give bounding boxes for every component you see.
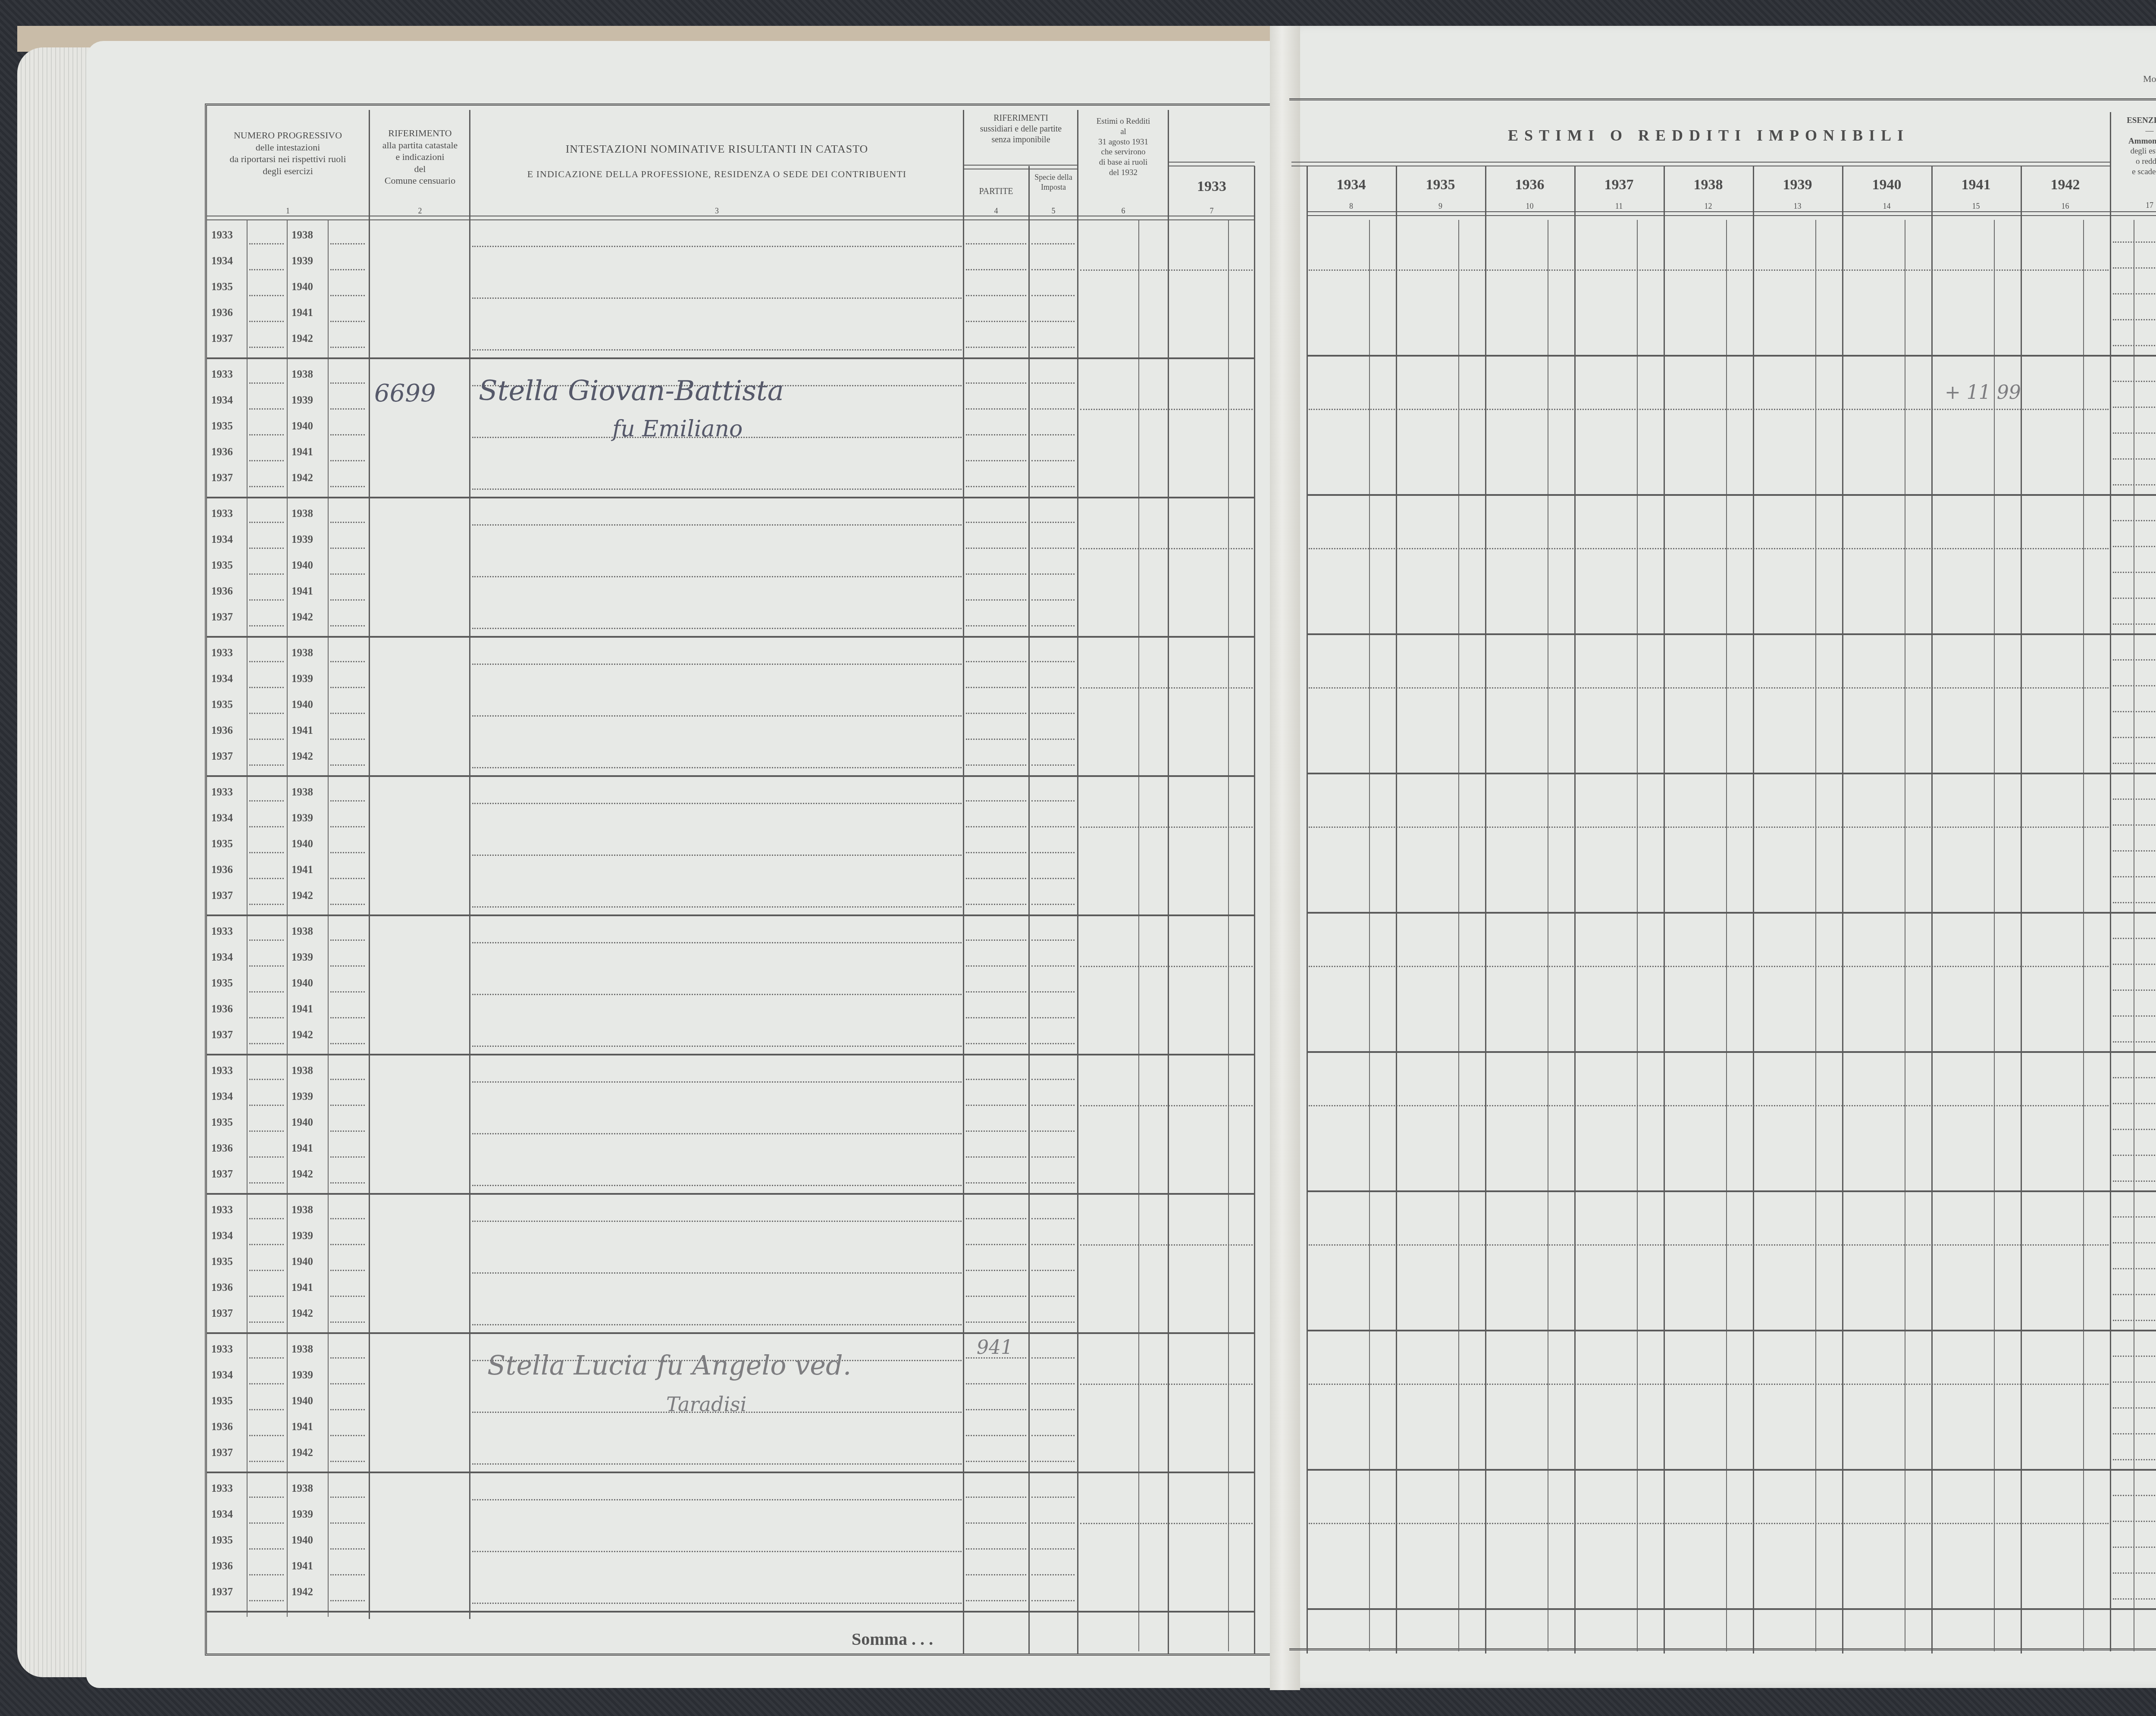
dotted-entry-line <box>2113 319 2156 320</box>
col6-line5: di base ai ruoli <box>1078 157 1169 168</box>
dotted-entry-line <box>249 939 284 941</box>
col2-number: 2 <box>370 206 470 216</box>
row-year-right: 1938 <box>291 1483 313 1495</box>
dotted-entry-line <box>2113 1547 2156 1548</box>
dotted-entry-line <box>249 764 284 766</box>
col-number-8: 8 <box>1307 201 1396 211</box>
name-line <box>472 942 962 943</box>
row-year-right: 1939 <box>291 673 313 685</box>
row-year-right: 1939 <box>291 1091 313 1103</box>
dotted-entry-line <box>1031 599 1075 601</box>
dotted-entry-line <box>1031 739 1075 740</box>
col45-header: RIFERIMENTI sussidiari e delle partite s… <box>964 113 1078 145</box>
amount-line <box>1080 827 1253 828</box>
col-number-15: 15 <box>1931 201 2021 211</box>
row-year-right: 1940 <box>291 420 313 432</box>
name-line <box>472 488 962 490</box>
col-number-14: 14 <box>1842 201 1931 211</box>
col2-line1: alla partita catastale <box>370 139 470 151</box>
col-number-10: 10 <box>1485 201 1574 211</box>
row-year-left: 1936 <box>211 446 233 458</box>
dotted-entry-line <box>966 904 1026 905</box>
col5-number: 5 <box>1030 206 1077 216</box>
dotted-entry-line <box>249 486 284 487</box>
entry-2-name-line2: fu Emiliano <box>612 416 743 442</box>
dotted-entry-line <box>249 826 284 827</box>
name-line <box>472 1046 962 1047</box>
row-year-right: 1939 <box>291 952 313 964</box>
col1-sub-divider-1 <box>247 220 248 1617</box>
dotted-entry-line <box>1031 1383 1075 1384</box>
dotted-entry-line <box>2113 598 2156 599</box>
dotted-entry-line <box>249 852 284 853</box>
amount-line <box>1309 548 2109 549</box>
col17-line1: Ammontare <box>2111 136 2156 147</box>
amount-line <box>1080 687 1253 689</box>
dotted-entry-line <box>2113 484 2156 485</box>
row-year-left: 1933 <box>211 1483 233 1495</box>
col45-line1: sussidiari e delle partite <box>964 124 1078 135</box>
row-year-right: 1940 <box>291 281 313 293</box>
dotted-entry-line <box>2113 1103 2156 1104</box>
year-header-1934: 1934 <box>1307 176 1396 194</box>
dotted-entry-line <box>1031 1130 1075 1132</box>
cents-divider <box>1905 220 1905 1651</box>
year-header-1936: 1936 <box>1485 176 1574 194</box>
group-divider-left <box>207 1054 1255 1055</box>
dotted-entry-line <box>1031 1296 1075 1297</box>
dotted-entry-line <box>1031 1522 1075 1524</box>
row-year-left: 1937 <box>211 611 233 623</box>
row-year-right: 1942 <box>291 472 313 484</box>
header-divider-right <box>1307 211 2156 216</box>
form-model-label: Mod. 111 - Imposte Dirette (Intercalare)… <box>2143 73 2156 85</box>
row-year-right: 1940 <box>291 1117 313 1129</box>
row-year-left: 1935 <box>211 281 233 293</box>
col6-line2: al <box>1078 127 1169 137</box>
dotted-entry-line <box>1031 991 1075 993</box>
col3-col4-divider <box>963 110 964 1653</box>
dotted-entry-line <box>966 713 1026 714</box>
row-year-left: 1934 <box>211 812 233 824</box>
dotted-entry-line <box>2113 623 2156 625</box>
dotted-entry-line <box>2113 1041 2156 1043</box>
col-number-9: 9 <box>1396 201 1485 211</box>
dotted-entry-line <box>1031 661 1075 662</box>
dotted-entry-line <box>330 904 365 905</box>
name-line <box>472 349 962 351</box>
name-line <box>472 803 962 804</box>
dotted-entry-line <box>330 434 365 435</box>
dotted-entry-line <box>1031 826 1075 827</box>
col16-col17-divider <box>2110 112 2111 1651</box>
dotted-entry-line <box>2113 1181 2156 1182</box>
amount-line <box>1309 687 2109 689</box>
group-divider-right <box>1307 1190 2156 1192</box>
col4-number: 4 <box>964 206 1028 216</box>
amount-line <box>1080 1523 1253 1524</box>
col1-line1: delle intestazioni <box>207 141 369 153</box>
dotted-entry-line <box>966 764 1026 766</box>
name-line <box>472 628 962 629</box>
row-year-left: 1934 <box>211 1369 233 1381</box>
year-header-1941: 1941 <box>1931 176 2021 194</box>
dotted-entry-line <box>966 434 1026 435</box>
dotted-entry-line <box>330 991 365 993</box>
dotted-entry-line <box>966 243 1026 244</box>
entry-2-name-line1: Stella Giovan-Battista <box>479 375 784 407</box>
year-header-1937: 1937 <box>1574 176 1664 194</box>
dotted-entry-line <box>330 1218 365 1219</box>
dotted-entry-line <box>330 965 365 967</box>
row-year-right: 1938 <box>291 229 313 241</box>
row-year-right: 1941 <box>291 307 313 319</box>
row-year-right: 1940 <box>291 838 313 850</box>
dotted-entry-line <box>1031 1357 1075 1359</box>
year-col-divider <box>1664 166 1665 1653</box>
col3-subtitle: E INDICAZIONE DELLA PROFESSIONE, RESIDEN… <box>470 168 964 180</box>
name-line <box>472 524 962 526</box>
row-year-left: 1934 <box>211 673 233 685</box>
row-year-left: 1937 <box>211 751 233 763</box>
dotted-entry-line <box>330 295 365 296</box>
dotted-entry-line <box>1031 548 1075 549</box>
dotted-entry-line <box>249 1079 284 1080</box>
dotted-entry-line <box>966 1182 1026 1184</box>
dotted-entry-line <box>330 826 365 827</box>
dotted-entry-line <box>330 1600 365 1601</box>
group-divider-right <box>1307 912 2156 914</box>
dotted-entry-line <box>330 573 365 575</box>
row-year-left: 1935 <box>211 977 233 990</box>
dotted-entry-line <box>249 1296 284 1297</box>
dotted-entry-line <box>249 321 284 322</box>
col1-sub-divider-3 <box>328 220 329 1617</box>
dotted-entry-line <box>966 347 1026 348</box>
amount-line <box>1309 1105 2109 1106</box>
group-divider-left <box>207 636 1255 638</box>
dotted-entry-line <box>1031 1270 1075 1271</box>
estimi-title: ESTIMI O REDDITI IMPONIBILI <box>1307 126 2111 145</box>
cents-divider <box>1637 220 1638 1651</box>
row-year-left: 1936 <box>211 1421 233 1433</box>
dotted-entry-line <box>249 1574 284 1575</box>
dotted-entry-line <box>966 408 1026 410</box>
col5-col6-divider <box>1077 110 1078 1653</box>
name-line <box>472 664 962 665</box>
row-year-left: 1936 <box>211 586 233 598</box>
group-divider-right <box>1307 355 2156 357</box>
row-year-right: 1939 <box>291 395 313 407</box>
col2-line3: del <box>370 163 470 175</box>
dotted-entry-line <box>330 1156 365 1158</box>
row-year-right: 1942 <box>291 1586 313 1598</box>
dotted-entry-line <box>2113 407 2156 408</box>
col6-line3: 31 agosto 1931 <box>1078 137 1169 147</box>
row-year-left: 1933 <box>211 1204 233 1216</box>
dotted-entry-line <box>249 1270 284 1271</box>
amount-line <box>1309 966 2109 967</box>
name-line <box>472 1463 962 1465</box>
dotted-entry-line <box>1031 687 1075 688</box>
amount-line <box>1309 1244 2109 1246</box>
cents-divider <box>1994 220 1995 1651</box>
row-year-left: 1936 <box>211 1282 233 1294</box>
dotted-entry-line <box>249 625 284 626</box>
dotted-entry-line <box>330 486 365 487</box>
col1-col2-divider <box>369 110 370 1619</box>
dotted-entry-line <box>330 347 365 348</box>
col-number-13: 13 <box>1753 201 1842 211</box>
dotted-entry-line <box>1031 1321 1075 1323</box>
dotted-entry-line <box>1031 486 1075 487</box>
col5-title: Specie della Imposta <box>1030 172 1077 192</box>
entry-9-name-line1: Stella Lucia fu Angelo ved. <box>487 1350 851 1381</box>
dotted-entry-line <box>249 460 284 461</box>
name-line <box>472 1324 962 1325</box>
dotted-entry-line <box>2113 824 2156 826</box>
dotted-entry-line <box>2113 1216 2156 1218</box>
group-divider-left <box>207 1193 1255 1195</box>
dotted-entry-line <box>1031 1600 1075 1601</box>
dotted-entry-line <box>249 800 284 802</box>
name-line <box>472 767 962 768</box>
row-year-right: 1938 <box>291 786 313 799</box>
amount-line <box>1080 548 1253 549</box>
dotted-entry-line <box>2113 293 2156 294</box>
dotted-entry-line <box>1031 269 1075 270</box>
row-year-right: 1938 <box>291 647 313 659</box>
row-year-left: 1933 <box>211 229 233 241</box>
dotted-entry-line <box>249 573 284 575</box>
dotted-entry-line <box>2113 938 2156 939</box>
col6-header: Estimi o Redditi al 31 agosto 1931 che s… <box>1078 116 1169 178</box>
row-year-right: 1942 <box>291 333 313 345</box>
dotted-entry-line <box>249 713 284 714</box>
name-line <box>472 1603 962 1604</box>
dotted-entry-line <box>1031 904 1075 905</box>
dotted-entry-line <box>330 1357 365 1359</box>
row-year-left: 1933 <box>211 926 233 938</box>
dotted-entry-line <box>330 1574 365 1575</box>
dotted-entry-line <box>2113 1521 2156 1522</box>
group-divider-left <box>207 357 1255 359</box>
dotted-entry-line <box>249 269 284 270</box>
col7-number: 7 <box>1169 206 1255 216</box>
row-year-right: 1939 <box>291 1230 313 1242</box>
dotted-entry-line <box>2113 1242 2156 1243</box>
group-divider-right <box>1307 1051 2156 1053</box>
dotted-entry-line <box>966 1548 1026 1550</box>
row-year-left: 1935 <box>211 1395 233 1407</box>
dotted-entry-line <box>2113 1598 2156 1600</box>
dotted-entry-line <box>966 1270 1026 1271</box>
dotted-entry-line <box>966 878 1026 879</box>
dotted-entry-line <box>2113 345 2156 346</box>
name-line <box>472 994 962 995</box>
row-year-left: 1937 <box>211 1447 233 1459</box>
row-year-right: 1942 <box>291 890 313 902</box>
group-divider-left <box>207 497 1255 498</box>
dotted-entry-line <box>249 1105 284 1106</box>
dotted-entry-line <box>1031 243 1075 244</box>
col1-line3: degli esercizi <box>207 165 369 177</box>
year-col-divider <box>1931 166 1933 1653</box>
dotted-entry-line <box>2113 267 2156 269</box>
dotted-entry-line <box>966 1130 1026 1132</box>
amount-line <box>1080 269 1253 271</box>
row-year-left: 1937 <box>211 1308 233 1320</box>
year-header-1939: 1939 <box>1753 176 1842 194</box>
col3-title: INTESTAZIONI NOMINATIVE RISULTANTI IN CA… <box>470 142 964 157</box>
dotted-entry-line <box>966 1218 1026 1219</box>
dotted-entry-line <box>966 486 1026 487</box>
group-divider-right <box>1307 494 2156 496</box>
year-header-1940: 1940 <box>1842 176 1931 194</box>
dotted-entry-line <box>966 852 1026 853</box>
year-col-divider <box>1753 166 1754 1653</box>
row-year-left: 1933 <box>211 647 233 659</box>
row-year-right: 1938 <box>291 1065 313 1077</box>
dotted-entry-line <box>2113 381 2156 382</box>
dotted-entry-line <box>249 1600 284 1601</box>
dotted-entry-line <box>2113 902 2156 903</box>
dotted-entry-line <box>1031 573 1075 575</box>
dotted-entry-line <box>966 739 1026 740</box>
left-table-frame <box>205 103 1270 1656</box>
dotted-entry-line <box>330 243 365 244</box>
name-line <box>472 1499 962 1500</box>
dotted-entry-line <box>2113 711 2156 712</box>
dotted-entry-line <box>2113 1356 2156 1357</box>
col17-line3: o redditi <box>2111 157 2156 167</box>
dotted-entry-line <box>330 1522 365 1524</box>
col2-line2: e indicazioni <box>370 151 470 163</box>
dotted-entry-line <box>330 1043 365 1044</box>
dotted-entry-line <box>966 269 1026 270</box>
row-year-left: 1936 <box>211 307 233 319</box>
dotted-entry-line <box>1031 800 1075 802</box>
row-year-left: 1933 <box>211 786 233 799</box>
row-year-left: 1937 <box>211 1586 233 1598</box>
dotted-entry-line <box>330 1321 365 1323</box>
dotted-entry-line <box>249 295 284 296</box>
row-year-right: 1941 <box>291 1421 313 1433</box>
dotted-entry-line <box>1031 434 1075 435</box>
dotted-entry-line <box>1031 295 1075 296</box>
dotted-entry-line <box>2113 850 2156 852</box>
somma-label: Somma . . . <box>852 1629 933 1649</box>
row-year-left: 1935 <box>211 838 233 850</box>
dotted-entry-line <box>2113 1129 2156 1130</box>
dotted-entry-line <box>966 522 1026 523</box>
dotted-entry-line <box>330 1244 365 1245</box>
dotted-entry-line <box>249 1383 284 1384</box>
entry-9-name-line2: Taradisi <box>666 1393 746 1416</box>
year-header-1942: 1942 <box>2021 176 2110 194</box>
dotted-entry-line <box>249 1130 284 1132</box>
group-divider-left <box>207 914 1255 916</box>
dotted-entry-line <box>249 1461 284 1462</box>
dotted-entry-line <box>966 939 1026 941</box>
dotted-entry-line <box>2113 799 2156 800</box>
dotted-entry-line <box>966 1244 1026 1245</box>
dotted-entry-line <box>2113 1433 2156 1434</box>
col1-header: NUMERO PROGRESSIVO delle intestazioni da… <box>207 129 369 177</box>
row-year-left: 1933 <box>211 1065 233 1077</box>
dotted-entry-line <box>249 1156 284 1158</box>
row-year-right: 1942 <box>291 1029 313 1041</box>
col17-line4: e scadenze <box>2111 167 2156 177</box>
row-year-right: 1940 <box>291 560 313 572</box>
row-year-right: 1941 <box>291 1282 313 1294</box>
row-year-left: 1936 <box>211 1143 233 1155</box>
dotted-entry-line <box>1031 522 1075 523</box>
dotted-entry-line <box>966 1461 1026 1462</box>
row-year-right: 1938 <box>291 369 313 381</box>
dotted-entry-line <box>330 522 365 523</box>
dotted-entry-line <box>2113 685 2156 686</box>
dotted-entry-line <box>249 408 284 410</box>
dotted-entry-line <box>249 1321 284 1323</box>
col1-title: NUMERO PROGRESSIVO <box>207 129 369 141</box>
dotted-entry-line <box>966 800 1026 802</box>
dotted-entry-line <box>2113 241 2156 243</box>
row-year-right: 1941 <box>291 446 313 458</box>
dotted-entry-line <box>2113 432 2156 434</box>
name-line <box>472 1221 962 1222</box>
dotted-entry-line <box>330 1461 365 1462</box>
row-year-left: 1935 <box>211 1256 233 1268</box>
dotted-entry-line <box>966 826 1026 827</box>
name-line <box>472 1551 962 1552</box>
dotted-entry-line <box>966 1435 1026 1436</box>
dotted-entry-line <box>1031 1105 1075 1106</box>
dotted-entry-line <box>249 1497 284 1498</box>
row-year-right: 1940 <box>291 1256 313 1268</box>
cents-divider <box>1548 220 1548 1651</box>
row-year-left: 1935 <box>211 1534 233 1547</box>
entry-2-partita: 6699 <box>374 379 436 407</box>
amount-line <box>1309 1523 2109 1524</box>
name-line <box>472 246 962 247</box>
col17-number: 17 <box>2111 200 2156 210</box>
dotted-entry-line <box>966 548 1026 549</box>
dotted-entry-line <box>2113 737 2156 738</box>
row-year-left: 1933 <box>211 508 233 520</box>
dotted-entry-line <box>330 739 365 740</box>
col4-col5-divider <box>1028 166 1030 1653</box>
dotted-entry-line <box>2113 546 2156 547</box>
dotted-entry-line <box>249 991 284 993</box>
row-year-left: 1936 <box>211 864 233 876</box>
amount-line <box>1080 409 1253 410</box>
dotted-entry-line <box>1031 1244 1075 1245</box>
row-year-left: 1935 <box>211 699 233 711</box>
name-line <box>472 297 962 299</box>
dotted-entry-line <box>330 1548 365 1550</box>
dotted-entry-line <box>330 548 365 549</box>
col-number-16: 16 <box>2021 201 2110 211</box>
cents-divider <box>1458 220 1459 1651</box>
dotted-entry-line <box>966 460 1026 461</box>
dotted-entry-line <box>966 1497 1026 1498</box>
row-year-left: 1933 <box>211 369 233 381</box>
dotted-entry-line <box>330 1182 365 1184</box>
dotted-entry-line <box>330 713 365 714</box>
row-year-right: 1938 <box>291 926 313 938</box>
col4-title: PARTITE <box>964 186 1028 197</box>
